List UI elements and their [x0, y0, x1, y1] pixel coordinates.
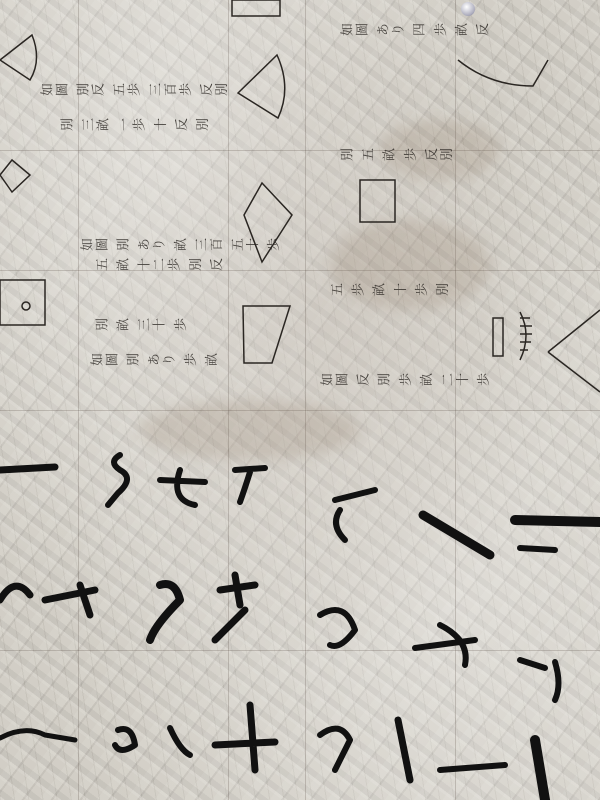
- brush-calligraphy: [0, 0, 600, 800]
